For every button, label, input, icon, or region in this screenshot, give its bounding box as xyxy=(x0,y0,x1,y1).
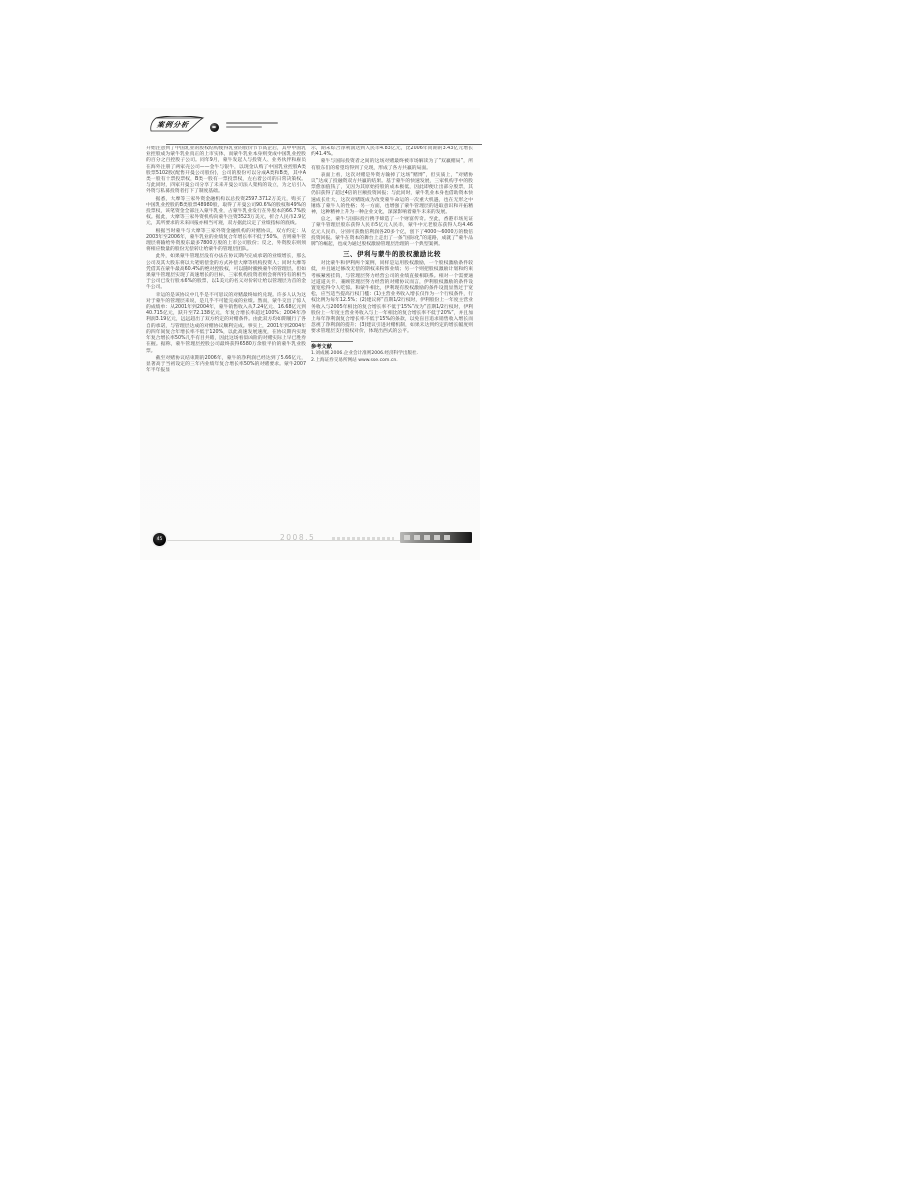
journal-name-banner xyxy=(400,532,472,543)
paragraph: 对比蒙牛和伊利两个案例，同样是运用股权激励，一个股权激励条件较低，并且通过修改无… xyxy=(311,261,473,335)
page-footer: 45 2008.5 xyxy=(140,528,480,554)
reference-item: 2.上海证券交易所网站 www.sse.com.cn. xyxy=(311,358,473,364)
paragraph: 据悉，大摩等三家外资金融机构以总投资2597.3712万美元，购买了中国乳业控股… xyxy=(146,197,306,228)
journal-orb-icon xyxy=(210,123,219,132)
paragraph: 蒙牛与国际投资者之间的这场对赌最终被市场解读为了“双赢赌局”，所有股东们的希望均… xyxy=(311,159,473,171)
paragraph: 此外，如果蒙牛管理层没有办法在协议期内完成承诺的业绩增长，那么公司及其大股东将以… xyxy=(146,254,306,291)
page-number-badge: 45 xyxy=(153,533,166,546)
paragraph: 根据当时蒙牛与大摩等三家外资金融机构的对赌协议，双方约定：从2003年至2006… xyxy=(146,229,306,254)
references-title: 参考文献 xyxy=(311,344,473,350)
paragraph: 截至对赌协议结束期的2006年，蒙牛的净利润已经达到了5.66亿元，显著高于当初… xyxy=(146,356,306,375)
header-meta-line xyxy=(226,126,262,128)
paragraph: 开始注意到了中国乳业的股权结构使得乳业的股价节节高企后，其中中国乳业控股成为蒙牛… xyxy=(146,146,306,196)
footer-fineprint-text xyxy=(332,537,394,540)
references-divider xyxy=(311,341,353,342)
issue-date: 2008.5 xyxy=(280,533,315,542)
header-meta-text xyxy=(226,122,278,130)
reference-item: 1.刘成刚.2006.企业会计准则2006.经济科学出版社. xyxy=(311,351,473,357)
page-header: 案例分析 xyxy=(148,114,472,138)
section-heading: 三、伊利与蒙牛的股权激励比较 xyxy=(311,251,473,259)
paragraph: 表面上看，这次对赌是外资方输掉了这场“赌博”，但实质上，“对赌协议”达成了投融资… xyxy=(311,173,473,216)
paragraph: 幸运的是该协议中几乎是不可思议的对赌最终如约兑现。许多人认为这对于蒙牛的管理层来… xyxy=(146,293,306,355)
header-meta-line xyxy=(226,122,278,124)
paragraph: 总之，蒙牛与国际投行携手缔造了一个财富传奇。至此，香港市场见证了蒙牛管理层股东获… xyxy=(311,217,473,248)
right-text-column: 示，期末综合净利润达到人民币4.83亿元，比2006年同期的3.43亿元增长约4… xyxy=(311,146,473,544)
paragraph: 示，期末综合净利润达到人民币4.83亿元，比2006年同期的3.43亿元增长约4… xyxy=(311,146,473,158)
left-text-column: 开始注意到了中国乳业的股权结构使得乳业的股价节节高企后，其中中国乳业控股成为蒙牛… xyxy=(146,146,306,524)
scanned-article-page: 案例分析 开始注意到了中国乳业的股权结构使得乳业的股价节节高企后，其中中国乳业控… xyxy=(140,108,480,560)
section-logo-label: 案例分析 xyxy=(156,120,189,130)
